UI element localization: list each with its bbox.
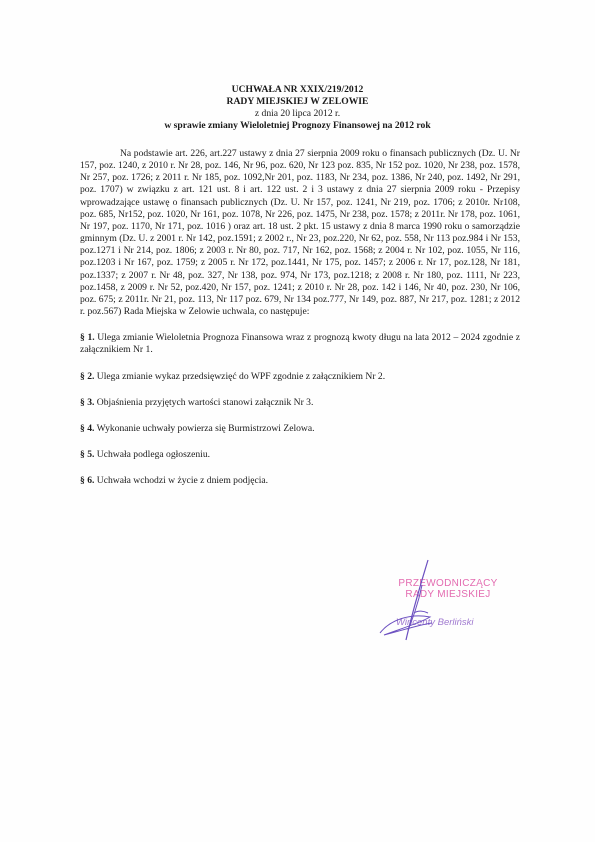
resolution-issuer: RADY MIEJSKIEJ W ZELOWIE [0,96,595,108]
section-text: Ulega zmianie wykaz przedsięwzięć do WPF… [94,371,385,382]
signature-icon [370,555,490,645]
section-2: § 2. Ulega zmianie wykaz przedsięwzięć d… [80,371,520,383]
section-label: § 1. [80,332,95,343]
resolution-subject: w sprawie zmiany Wieloletniej Prognozy F… [0,120,595,132]
legal-basis-paragraph: Na podstawie art. 226, art.227 ustawy z … [80,148,520,318]
section-label: § 5. [80,449,94,460]
section-5: § 5. Uchwała podlega ogłoszeniu. [80,449,520,461]
section-3: § 3. Objaśnienia przyjętych wartości sta… [80,397,520,409]
document-page: UCHWAŁA NR XXIX/219/2012 RADY MIEJSKIEJ … [0,0,595,842]
resolution-date: z dnia 20 lipca 2012 r. [0,108,595,120]
section-4: § 4. Wykonanie uchwały powierza się Burm… [80,423,520,435]
section-6: § 6. Uchwała wchodzi w życie z dniem pod… [80,475,520,487]
section-text: Uchwała wchodzi w życie z dniem podjęcia… [94,475,268,486]
resolution-body: Na podstawie art. 226, art.227 ustawy z … [80,148,520,487]
section-1: § 1. Ulega zmianie Wieloletnia Prognoza … [80,332,520,356]
section-label: § 4. [80,423,94,434]
resolution-title: UCHWAŁA NR XXIX/219/2012 [0,84,595,96]
section-text: Uchwała podlega ogłoszeniu. [94,449,210,460]
section-label: § 3. [80,397,94,408]
section-text: Wykonanie uchwały powierza się Burmistrz… [94,423,314,434]
section-label: § 2. [80,371,94,382]
section-text: Ulega zmianie Wieloletnia Prognoza Finan… [80,332,520,355]
section-label: § 6. [80,475,94,486]
section-text: Objaśnienia przyjętych wartości stanowi … [94,397,313,408]
resolution-header: UCHWAŁA NR XXIX/219/2012 RADY MIEJSKIEJ … [0,84,595,132]
